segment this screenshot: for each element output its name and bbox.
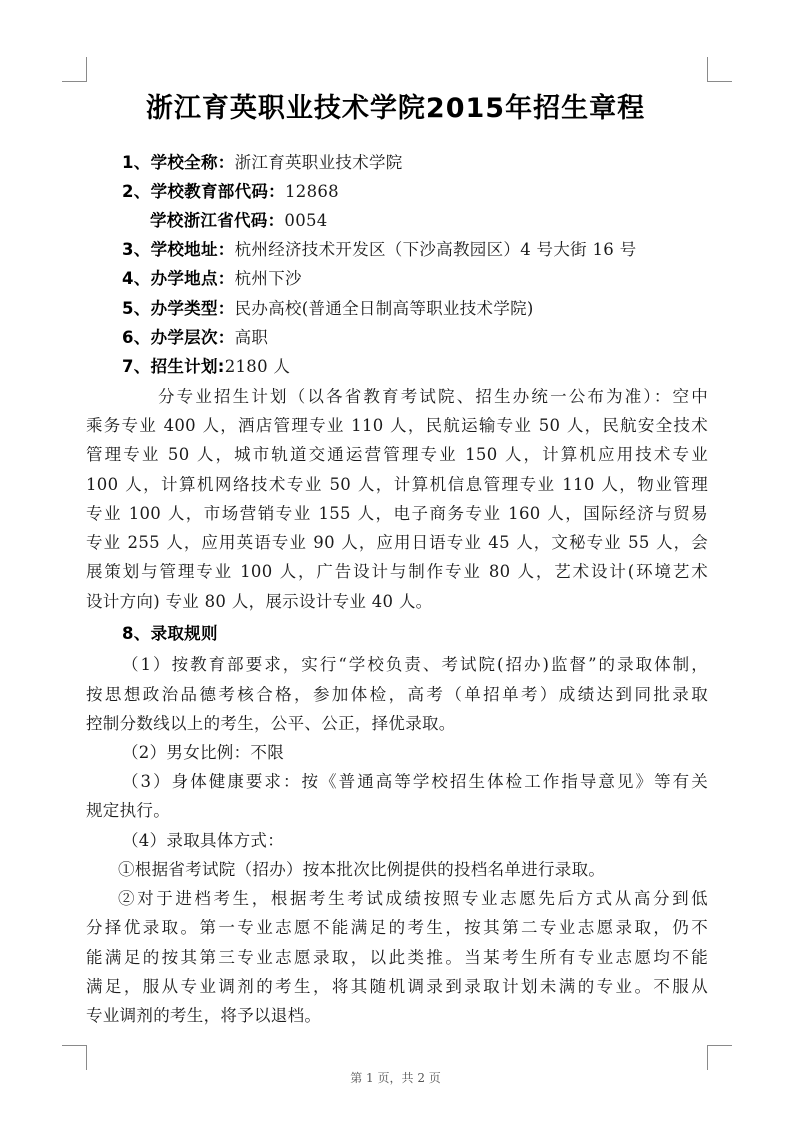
item-value: 杭州下沙	[235, 269, 302, 288]
crop-mark-top-left-v	[86, 57, 87, 82]
item-label: 7、招生计划:	[122, 357, 225, 376]
method2-line: 专业调剂的考生，将予以退档。	[86, 1001, 708, 1030]
item-value: 高职	[235, 328, 269, 347]
method2-line: 能满足的按其第三专业志愿录取，以此类推。当某考生所有专业志愿均不能	[86, 943, 708, 972]
item-province-code: 学校浙江省代码：0054	[150, 206, 772, 235]
item-label: 学校浙江省代码：	[150, 211, 284, 230]
crop-mark-bottom-right-v	[707, 1045, 708, 1070]
item-full-name: 1、学校全称：浙江育英职业技术学院	[122, 148, 744, 177]
item-label: 2、学校教育部代码：	[122, 182, 285, 201]
crop-mark-bottom-right-h	[707, 1045, 732, 1046]
method1: ①根据省考试院（招办）按本批次比例提供的投档名单进行录取。	[118, 855, 740, 884]
plan-line: 100 人，计算机网络技术专业 50 人，计算机信息管理专业 110 人，物业管…	[86, 470, 708, 499]
plan-line: 展策划与管理专业 100 人，广告设计与制作专业 80 人，艺术设计(环境艺术	[86, 557, 708, 586]
plan-line: 管理专业 50 人，城市轨道交通运营管理专业 150 人，计算机应用技术专业	[86, 440, 708, 469]
plan-line: 分专业招生计划（以各省教育考试院、招生办统一公布为准）：空中	[158, 382, 708, 411]
rule3-line: （3）身体健康要求：按《普通高等学校招生体检工作指导意见》等有关	[122, 767, 708, 796]
method2-line: 满足，服从专业调剂的考生，将其随机调录到录取计划未满的专业。不服从	[86, 972, 708, 1001]
plan-line: 设计方向) 专业 80 人，展示设计专业 40 人。	[86, 587, 708, 616]
item-label: 6、办学层次：	[122, 328, 235, 347]
section-heading-admission-rules: 8、录取规则	[122, 619, 744, 648]
rule1-line: 按思想政治品德考核合格，参加体检，高考（单招单考）成绩达到同批录取	[86, 680, 708, 709]
item-value: 0054	[284, 211, 327, 230]
item-value: 2180 人	[225, 357, 291, 376]
method2-line: 分择优录取。第一专业志愿不能满足的考生，按其第二专业志愿录取，仍不	[86, 913, 708, 942]
item-label: 4、办学地点：	[122, 269, 235, 288]
crop-mark-bottom-left-h	[62, 1045, 87, 1046]
rule2-gender-ratio: （2）男女比例：不限	[122, 738, 744, 767]
item-label: 5、办学类型：	[122, 299, 235, 318]
item-enrollment-plan: 7、招生计划:2180 人	[122, 352, 744, 381]
item-type: 5、办学类型：民办高校(普通全日制高等职业技术学院)	[122, 294, 744, 323]
rule4-method-heading: （4）录取具体方式：	[122, 826, 744, 855]
item-ministry-code: 2、学校教育部代码：12868	[122, 177, 744, 206]
crop-mark-top-right-v	[707, 57, 708, 82]
item-value: 浙江育英职业技术学院	[235, 153, 403, 172]
rule3-line: 规定执行。	[86, 796, 708, 825]
item-label: 3、学校地址：	[122, 240, 235, 259]
plan-line: 专业 100 人，市场营销专业 155 人，电子商务专业 160 人，国际经济与…	[86, 499, 708, 528]
crop-mark-bottom-left-v	[86, 1045, 87, 1070]
crop-mark-top-right-h	[707, 81, 732, 82]
item-label: 1、学校全称：	[122, 153, 235, 172]
method2-line: ②对于进档考生，根据考生考试成绩按照专业志愿先后方式从高分到低	[118, 884, 708, 913]
item-level: 6、办学层次：高职	[122, 323, 744, 352]
item-address: 3、学校地址：杭州经济技术开发区（下沙高教园区）4 号大街 16 号	[122, 235, 744, 264]
rule1-line: （1）按教育部要求，实行“学校负责、考试院(招办)监督”的录取体制，	[122, 650, 708, 679]
page-indicator: 第 1 页，共 2 页	[0, 1069, 791, 1086]
crop-mark-top-left-h	[62, 81, 87, 82]
document-title: 浙江育英职业技术学院2015年招生章程	[0, 86, 791, 125]
plan-line: 乘务专业 400 人，酒店管理专业 110 人，民航运输专业 50 人，民航安全…	[86, 411, 708, 440]
item-value: 12868	[285, 182, 339, 201]
item-value: 杭州经济技术开发区（下沙高教园区）4 号大街 16 号	[235, 240, 637, 259]
item-location: 4、办学地点：杭州下沙	[122, 264, 744, 293]
rule1-line: 控制分数线以上的考生，公平、公正，择优录取。	[86, 709, 708, 738]
plan-line: 专业 255 人，应用英语专业 90 人，应用日语专业 45 人，文秘专业 55…	[86, 528, 708, 557]
item-value: 民办高校(普通全日制高等职业技术学院)	[235, 299, 534, 318]
